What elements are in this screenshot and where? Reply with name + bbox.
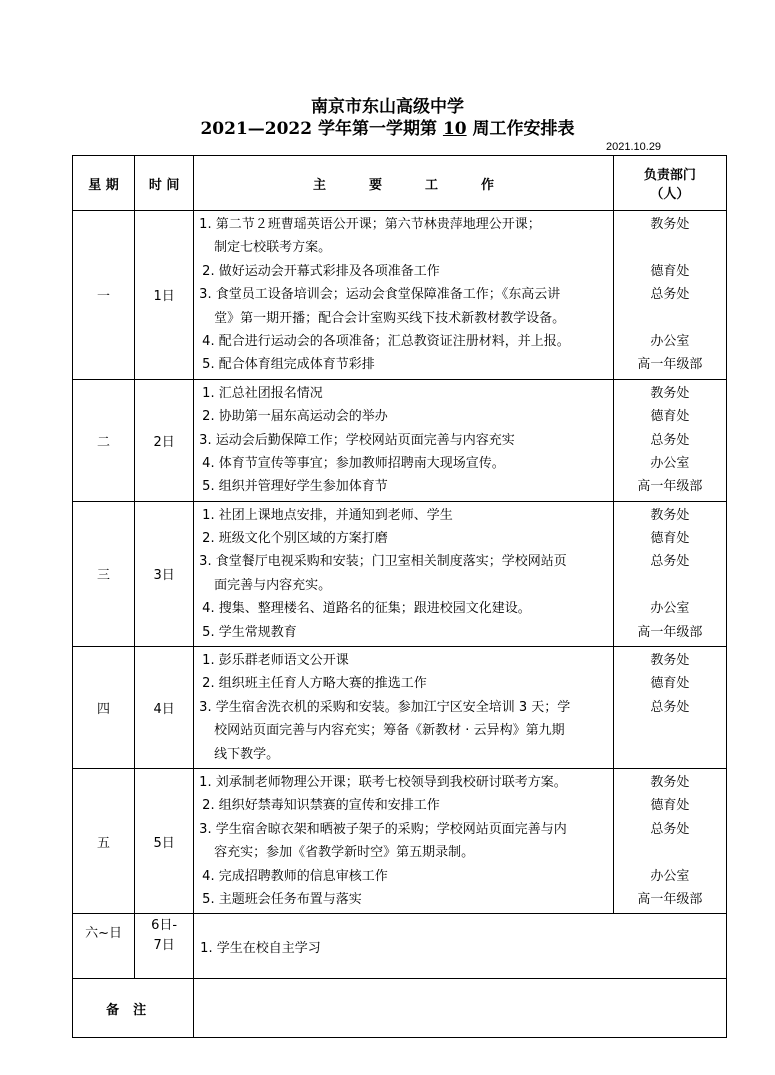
dept-line: 办公室: [614, 597, 726, 620]
dept-line: [614, 841, 726, 864]
work-line: 3. 学生宿舍洗衣机的采购和安装。参加江宁区安全培训 3 天；学: [194, 696, 613, 719]
work-line: 2. 协助第一届东高运动会的举办: [194, 405, 613, 428]
table-row-friday: 五 5日 1. 刘承制老师物理公开课；联考七校领导到我校研讨联考方案。 2. 组…: [73, 768, 727, 913]
dept-line: [614, 307, 726, 330]
title-suffix: 周工作安排表: [473, 119, 575, 139]
time-cell: 1日: [135, 211, 194, 380]
work-line: 2. 班级文化个别区域的方案打磨: [194, 527, 613, 550]
school-name: 南京市东山高级中学: [0, 96, 775, 118]
work-line: 3. 食堂员工设备培训会；运动会食堂保障准备工作；《东高云讲: [194, 283, 613, 306]
dept-line: 教务处: [614, 649, 726, 672]
dept-line: 教务处: [614, 382, 726, 405]
title-prefix: 2021—2022 学年第一学期第: [200, 119, 437, 139]
work-line: 3. 运动会后勤保障工作；学校网站页面完善与内容充实: [194, 429, 613, 452]
header-dept-line1: 负责部门: [614, 164, 726, 183]
work-cell: 1. 彭乐群老师语文公开课 2. 组织班主任育人方略大赛的推选工作 3. 学生宿…: [194, 647, 614, 769]
header-dept: 负责部门 （人）: [613, 156, 726, 211]
dept-line: [614, 574, 726, 597]
work-line: 堂》第一期开播；配合会计室购买线下技术新教材教学设备。: [194, 307, 613, 330]
table-row-notes: 备注: [73, 979, 727, 1038]
week-number: 10: [443, 119, 467, 139]
work-line: 校网站页面完善与内容充实；筹备《新教材 · 云异构》第九期: [194, 719, 613, 742]
time-cell: 5日: [135, 768, 194, 913]
work-line: 5. 组织并管理好学生参加体育节: [194, 475, 613, 498]
dept-line: 办公室: [614, 865, 726, 888]
header-row: 星 期 时 间 主要工作 负责部门 （人）: [73, 156, 727, 211]
work-line: 5. 学生常规教育: [194, 621, 613, 644]
dept-line: 德育处: [614, 672, 726, 695]
dept-line: [614, 719, 726, 742]
work-line: 2. 做好运动会开幕式彩排及各项准备工作: [194, 260, 613, 283]
work-line: 4. 体育节宣传等事宜；参加教师招聘南大现场宣传。: [194, 452, 613, 475]
day-cell: 四: [73, 647, 135, 769]
work-line: 4. 搜集、整理楼名、道路名的征集；跟进校园文化建设。: [194, 597, 613, 620]
work-line: 2. 组织班主任育人方略大赛的推选工作: [194, 672, 613, 695]
table-row-tuesday: 二 2日 1. 汇总社团报名情况 2. 协助第一届东高运动会的举办 3. 运动会…: [73, 379, 727, 501]
dept-line: 总务处: [614, 283, 726, 306]
dept-line: 教务处: [614, 213, 726, 236]
dept-cell: 教务处 德育处 总务处 办公室 高一年级部: [613, 211, 726, 380]
header-time: 时 间: [135, 156, 194, 211]
dept-cell: 教务处 德育处 总务处 办公室 高一年级部: [613, 501, 726, 646]
dept-line: 德育处: [614, 527, 726, 550]
dept-line: 高一年级部: [614, 621, 726, 644]
dept-cell: 教务处 德育处 总务处 办公室 高一年级部: [613, 379, 726, 501]
day-cell: 一: [73, 211, 135, 380]
time-cell: 3日: [135, 501, 194, 646]
notes-label: 备注: [73, 979, 194, 1038]
dept-line: 总务处: [614, 818, 726, 841]
work-line: 2. 组织好禁毒知识禁赛的宣传和安排工作: [194, 794, 613, 817]
work-line: 面完善与内容充实。: [194, 574, 613, 597]
day-cell: 五: [73, 768, 135, 913]
header-work: 主要工作: [194, 156, 614, 211]
work-cell: 1. 汇总社团报名情况 2. 协助第一届东高运动会的举办 3. 运动会后勤保障工…: [194, 379, 614, 501]
work-line: 3. 食堂餐厅电视采购和安装；门卫室相关制度落实；学校网站页: [194, 550, 613, 573]
work-line: 1. 汇总社团报名情况: [194, 382, 613, 405]
dept-line: 办公室: [614, 330, 726, 353]
work-cell: 1. 刘承制老师物理公开课；联考七校领导到我校研讨联考方案。 2. 组织好禁毒知…: [194, 768, 614, 913]
table-row-weekend: 六~日 6日- 7日 1. 学生在校自主学习: [73, 914, 727, 979]
work-line: 4. 配合进行运动会的各项准备；汇总教资证注册材料，并上报。: [194, 330, 613, 353]
work-line: 1. 第二节２班曹瑶英语公开课；第六节林贵萍地理公开课；: [194, 213, 613, 236]
header-dept-line2: （人）: [614, 183, 726, 202]
time-cell: 6日- 7日: [135, 914, 194, 979]
document-title: 2021—2022 学年第一学期第 10 周工作安排表: [0, 118, 775, 140]
time-line: 6日-: [135, 916, 193, 936]
dept-line: 高一年级部: [614, 353, 726, 376]
dept-line: [614, 743, 726, 766]
dept-line: 高一年级部: [614, 475, 726, 498]
work-line: 4. 完成招聘教师的信息审核工作: [194, 865, 613, 888]
work-cell: 1. 学生在校自主学习: [194, 914, 727, 979]
work-line: 容充实；参加《省教学新时空》第五期录制。: [194, 841, 613, 864]
dept-cell: 教务处 德育处 总务处 办公室 高一年级部: [613, 768, 726, 913]
work-line: 3. 学生宿舍晾衣架和晒被子架子的采购；学校网站页面完善与内: [194, 818, 613, 841]
dept-line: 高一年级部: [614, 888, 726, 911]
dept-line: 德育处: [614, 260, 726, 283]
dept-line: 德育处: [614, 794, 726, 817]
dept-line: 总务处: [614, 696, 726, 719]
weekly-schedule-table: 星 期 时 间 主要工作 负责部门 （人） 一 1日 1. 第二节２班曹瑶英语公…: [72, 155, 727, 1038]
table-row-monday: 一 1日 1. 第二节２班曹瑶英语公开课；第六节林贵萍地理公开课； 制定七校联考…: [73, 211, 727, 380]
dept-line: 总务处: [614, 429, 726, 452]
time-cell: 2日: [135, 379, 194, 501]
day-cell: 二: [73, 379, 135, 501]
dept-line: 总务处: [614, 550, 726, 573]
table-row-thursday: 四 4日 1. 彭乐群老师语文公开课 2. 组织班主任育人方略大赛的推选工作 3…: [73, 647, 727, 769]
notes-content: [194, 979, 727, 1038]
dept-line: [614, 236, 726, 259]
dept-line: 教务处: [614, 504, 726, 527]
day-cell: 三: [73, 501, 135, 646]
dept-line: 办公室: [614, 452, 726, 475]
work-cell: 1. 第二节２班曹瑶英语公开课；第六节林贵萍地理公开课； 制定七校联考方案。 2…: [194, 211, 614, 380]
work-line: 1. 刘承制老师物理公开课；联考七校领导到我校研讨联考方案。: [194, 771, 613, 794]
dept-cell: 教务处 德育处 总务处: [613, 647, 726, 769]
header-work-char: 工: [403, 174, 459, 193]
time-line: 7日: [135, 936, 193, 956]
work-cell: 1. 社团上课地点安排，并通知到老师、学生 2. 班级文化个别区域的方案打磨 3…: [194, 501, 614, 646]
dept-line: 德育处: [614, 405, 726, 428]
dept-line: 教务处: [614, 771, 726, 794]
header-work-char: 主: [291, 174, 347, 193]
work-line: 1. 社团上课地点安排，并通知到老师、学生: [194, 504, 613, 527]
work-line: 1. 彭乐群老师语文公开课: [194, 649, 613, 672]
header-work-char: 要: [347, 174, 403, 193]
work-line: 5. 主题班会任务布置与落实: [194, 888, 613, 911]
work-line: 5. 配合体育组完成体育节彩排: [194, 353, 613, 376]
day-cell: 六~日: [73, 914, 135, 979]
header-day: 星 期: [73, 156, 135, 211]
table-row-wednesday: 三 3日 1. 社团上课地点安排，并通知到老师、学生 2. 班级文化个别区域的方…: [73, 501, 727, 646]
document-date: 2021.10.29: [606, 140, 661, 154]
header-work-char: 作: [459, 174, 515, 193]
work-line: 制定七校联考方案。: [194, 236, 613, 259]
work-line: 线下教学。: [194, 743, 613, 766]
time-cell: 4日: [135, 647, 194, 769]
